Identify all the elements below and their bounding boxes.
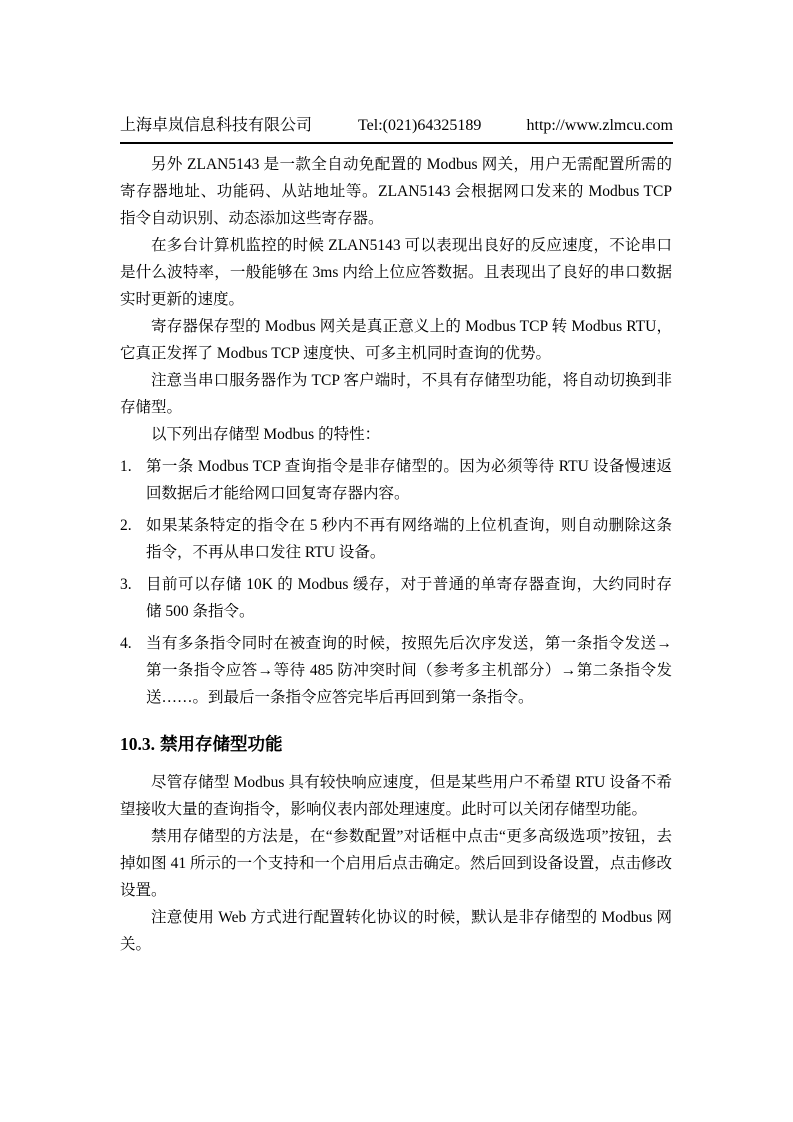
- paragraph-intro-zlan5143: 另外 ZLAN5143 是一款全自动免配置的 Modbus 网关，用户无需配置所…: [120, 151, 672, 232]
- phone-number: Tel:(021)64325189: [358, 116, 481, 135]
- paragraph-register-saving: 寄存器保存型的 Modbus 网关是真正意义上的 Modbus TCP 转 Mo…: [120, 313, 672, 367]
- list-item-text: 如果某条特定的指令在 5 秒内不再有网络端的上位机查询，则自动删除这条指令，不再…: [146, 512, 672, 566]
- list-item-number: 3.: [120, 571, 146, 598]
- list-item-text: 第一条 Modbus TCP 查询指令是非存储型的。因为必须等待 RTU 设备慢…: [146, 453, 672, 507]
- document-body: 另外 ZLAN5143 是一款全自动免配置的 Modbus 网关，用户无需配置所…: [120, 151, 672, 958]
- paragraph-tcp-client-note: 注意当串口服务器作为 TCP 客户端时，不具有存储型功能，将自动切换到非存储型。: [120, 367, 672, 421]
- list-item: 2. 如果某条特定的指令在 5 秒内不再有网络端的上位机查询，则自动删除这条指令…: [120, 512, 672, 566]
- list-item-number: 4.: [120, 630, 146, 657]
- list-item-number: 2.: [120, 512, 146, 539]
- paragraph-disable-method: 禁用存储型的方法是，在“参数配置”对话框中点击“更多高级选项”按钮，去掉如图 4…: [120, 823, 672, 904]
- section-number: 10.3.: [120, 734, 155, 754]
- paragraph-response-speed: 在多台计算机监控的时候 ZLAN5143 可以表现出良好的反应速度，不论串口是什…: [120, 232, 672, 313]
- modbus-features-list: 1. 第一条 Modbus TCP 查询指令是非存储型的。因为必须等待 RTU …: [120, 453, 672, 711]
- list-item: 4. 当有多条指令同时在被查询的时候，按照先后次序发送，第一条指令发送→第一条指…: [120, 630, 672, 711]
- list-item-number: 1.: [120, 453, 146, 480]
- company-name: 上海卓岚信息科技有限公司: [120, 116, 312, 135]
- list-item-text: 当有多条指令同时在被查询的时候，按照先后次序发送，第一条指令发送→第一条指令应答…: [146, 630, 672, 711]
- section-title: 禁用存储型功能: [160, 734, 283, 754]
- paragraph-features-intro: 以下列出存储型 Modbus 的特性：: [120, 421, 672, 448]
- paragraph-disable-reason: 尽管存储型 Modbus 具有较快响应速度，但是某些用户不希望 RTU 设备不希…: [120, 769, 672, 823]
- list-item: 3. 目前可以存储 10K 的 Modbus 缓存，对于普通的单寄存器查询，大约…: [120, 571, 672, 625]
- list-item-text: 目前可以存储 10K 的 Modbus 缓存，对于普通的单寄存器查询，大约同时存…: [146, 571, 672, 625]
- document-page: 上海卓岚信息科技有限公司 Tel:(021)64325189 http://ww…: [0, 0, 793, 1122]
- page-header: 上海卓岚信息科技有限公司 Tel:(021)64325189 http://ww…: [120, 116, 673, 144]
- list-item: 1. 第一条 Modbus TCP 查询指令是非存储型的。因为必须等待 RTU …: [120, 453, 672, 507]
- paragraph-web-config-note: 注意使用 Web 方式进行配置转化协议的时候，默认是非存储型的 Modbus 网…: [120, 904, 672, 958]
- section-heading: 10.3.禁用存储型功能: [120, 732, 672, 756]
- website-url[interactable]: http://www.zlmcu.com: [527, 116, 674, 135]
